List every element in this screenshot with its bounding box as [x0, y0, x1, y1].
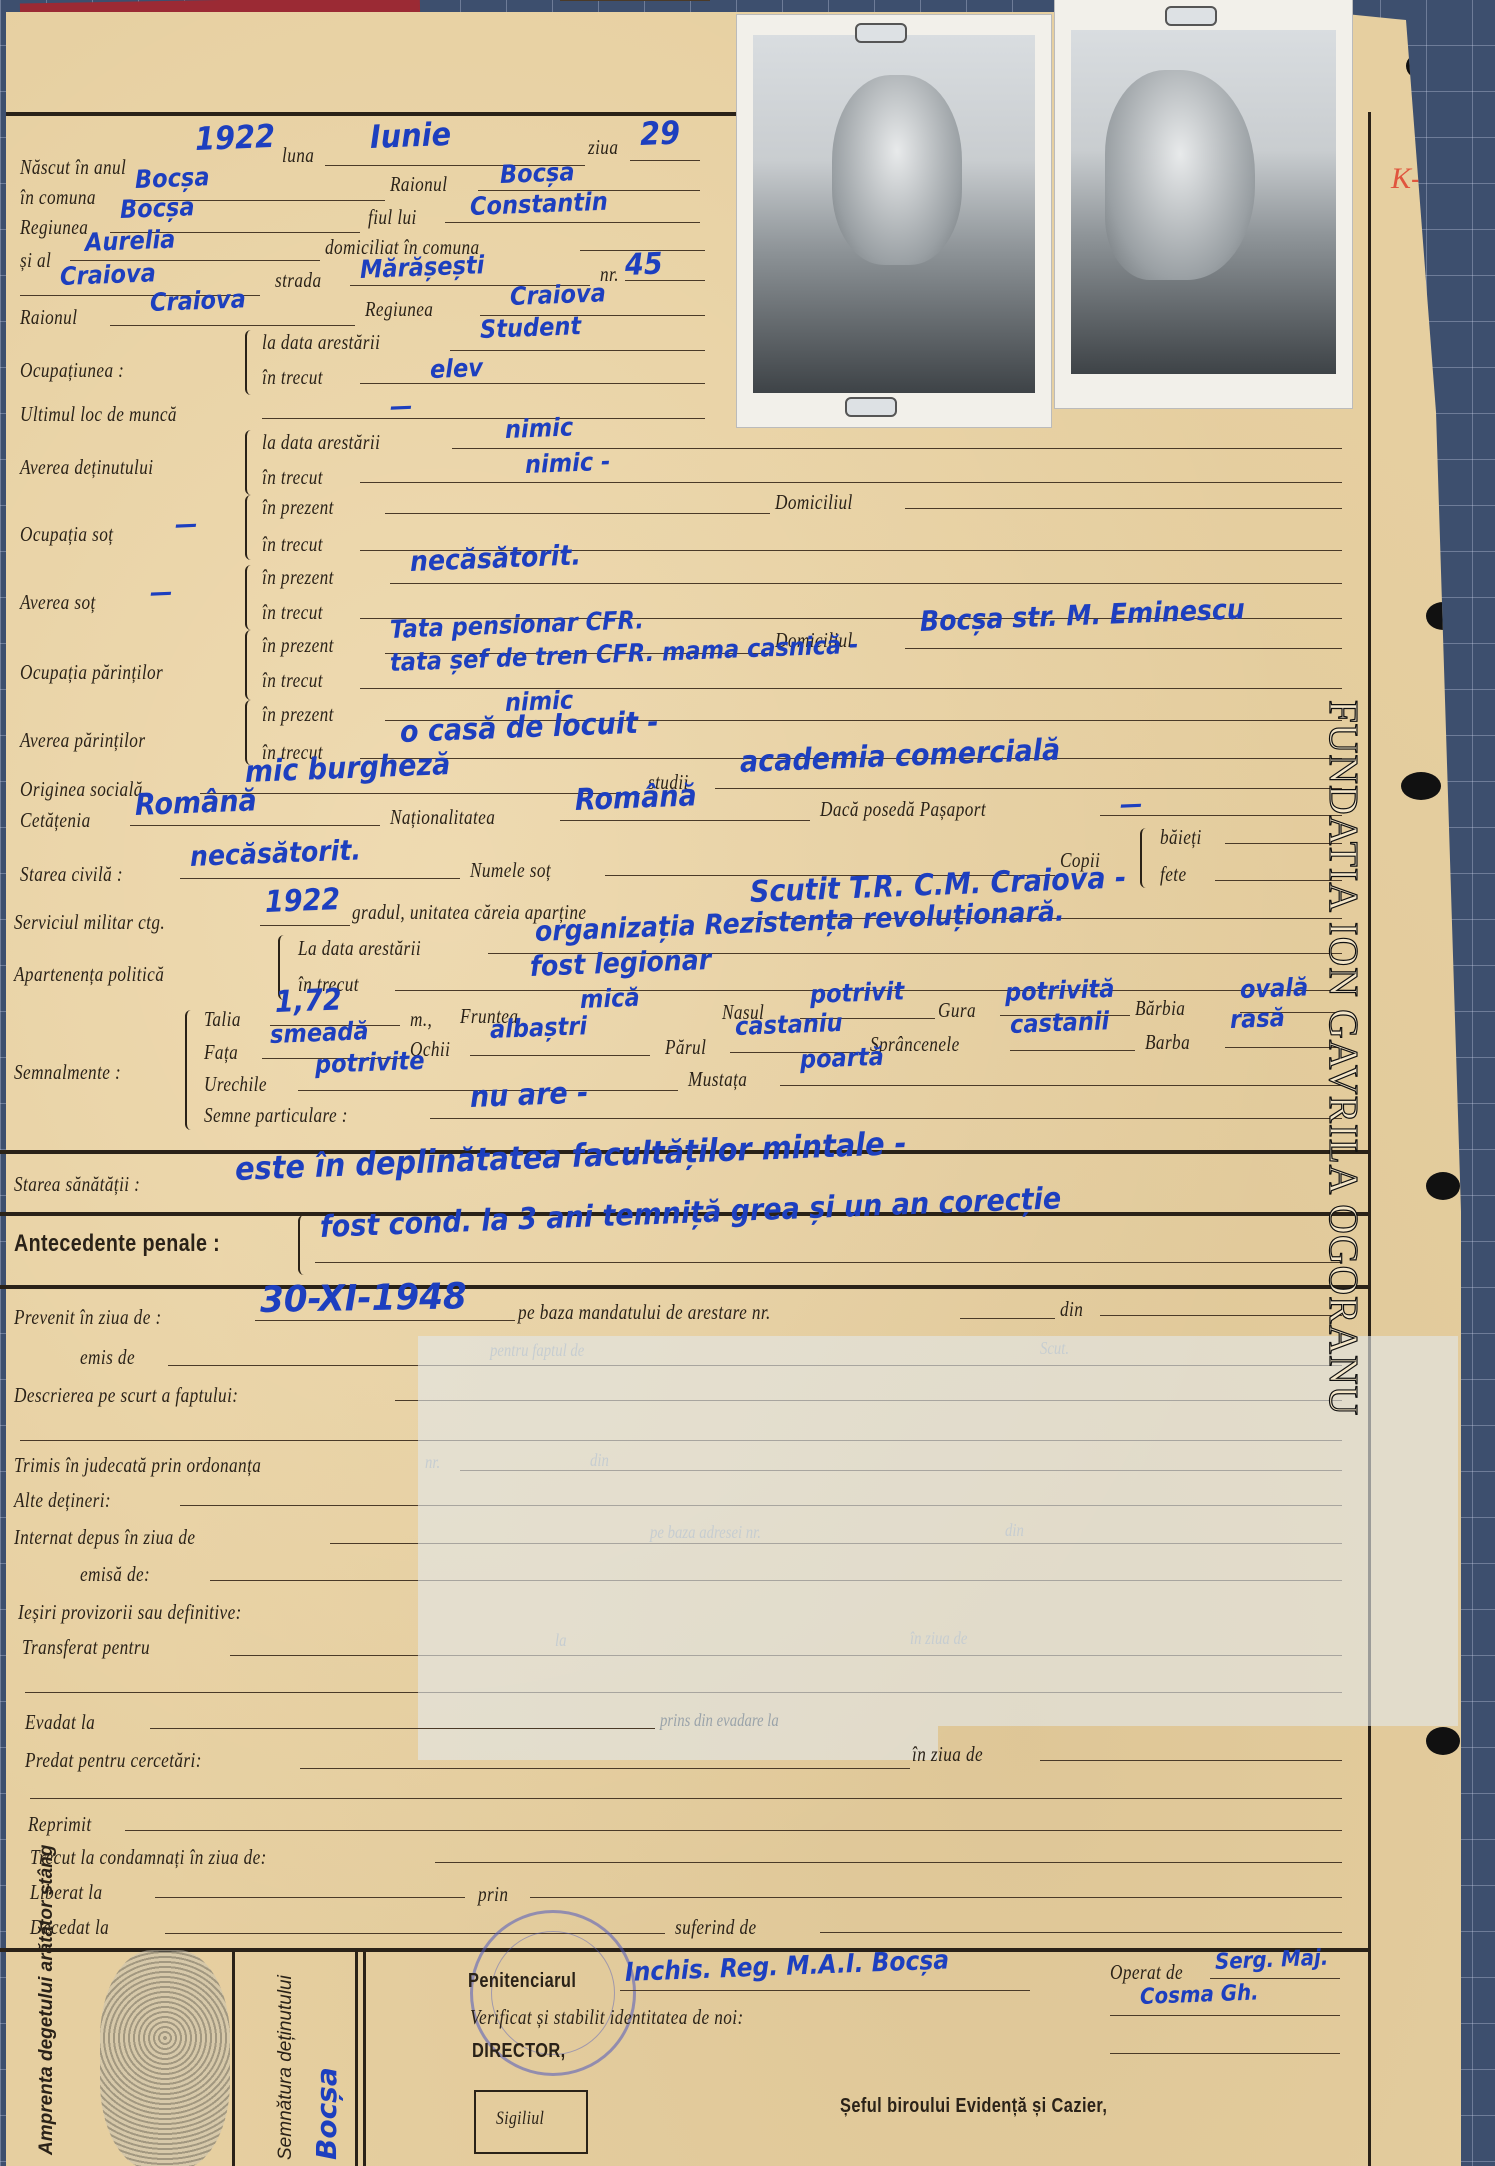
eyebrows: castanii [1010, 1006, 1110, 1039]
mouth-label: Gura [938, 998, 976, 1023]
nationality-label: Naționalitatea [390, 805, 495, 830]
street-number: 45 [624, 247, 663, 283]
signature-label: Semnătura deținutului [275, 1980, 297, 2160]
emitted-by-label: emisă de: [80, 1562, 150, 1587]
marks-label: Semne particulare : [204, 1103, 348, 1128]
passport-label: Dacă posedă Pașaport [820, 797, 986, 822]
mouth: potrivită [1005, 974, 1115, 1007]
health-label: Starea sănătății : [14, 1172, 140, 1197]
interned-label: Internat depus în ziua de [14, 1525, 195, 1550]
punch-hole [1426, 1727, 1460, 1755]
parents-occ-present-label: în prezent [262, 633, 334, 658]
occupation-at-arrest: Student [480, 311, 582, 344]
spouse-occ-present-label: în prezent [262, 495, 334, 520]
foundation-watermark: FUNDATIA ION GAVRILA OGORANU [1320, 700, 1368, 1416]
redaction-overlay [418, 1726, 938, 1760]
fingerprint [100, 1950, 230, 2166]
birth-year: 1922 [194, 117, 275, 158]
released-by-label: prin [478, 1882, 508, 1907]
front-photo [737, 15, 1051, 427]
father-label: fiul lui [368, 205, 417, 230]
ears: potrivite [315, 1046, 425, 1079]
particular-marks: nu are - [469, 1075, 588, 1115]
seal-label: Sigiliul [496, 2108, 544, 2130]
short-description-label: Descrierea pe scurt a faptului: [14, 1383, 238, 1408]
occupation-label: Ocupațiunea : [20, 358, 124, 383]
arrest-date: 30-XI-1948 [260, 1276, 467, 1321]
beard: rasă [1230, 1003, 1286, 1034]
records-chief-label: Șeful biroului Evidență și Cazier, [840, 2095, 1107, 2118]
handed-day-label: în ziua de [912, 1742, 983, 1767]
sent-to-trial-label: Trimis în judecată prin ordonanța [14, 1453, 261, 1478]
district-label: Raionul [390, 172, 447, 197]
assets-at-arrest: nimic [505, 412, 574, 444]
mustache-label: Mustața [688, 1067, 747, 1092]
operated-by-name: Cosma Gh. [1140, 1980, 1259, 2010]
nose: potrivit [810, 976, 905, 1009]
other-detentions-label: Alte dețineri: [14, 1488, 111, 1513]
civil-status-label: Starea civilă : [20, 862, 123, 887]
escaped-label: Evadat la [25, 1710, 95, 1735]
political-past: fost legionar [529, 943, 711, 983]
mustache: poartă [800, 1042, 885, 1074]
region: Bocșa [120, 192, 195, 224]
photo-clip [845, 397, 897, 417]
height-label: Talia [204, 1007, 241, 1032]
spouse-assets-past-label: în trecut [262, 600, 323, 625]
transferred-label: Transferat pentru [22, 1635, 150, 1660]
political-at-arrest-label: La data arestării [298, 936, 421, 961]
mother-label: și al [20, 248, 51, 273]
spouse-name-label: Numele soț [470, 858, 551, 883]
eyes: albaștri [490, 1011, 588, 1044]
verified-label: Verificat și stabilit identitatea de noi… [470, 2005, 744, 2030]
parents-assets-label: Averea părinților [20, 728, 145, 753]
height: 1,72 [274, 982, 342, 1020]
exits-label: Ieșiri provizorii sau definitive: [18, 1600, 242, 1625]
fingerprint-label: Amprenta degetului arătător stâng [36, 1955, 58, 2155]
warrant-label: pe baza mandatului de arestare nr. [518, 1300, 771, 1325]
nationality: Română [574, 778, 697, 818]
region-label: Regiunea [20, 215, 88, 240]
district: Bocșa [500, 157, 575, 189]
forehead: mică [580, 983, 641, 1014]
top-rule [6, 112, 746, 116]
social-origin-label: Originea socială [20, 777, 143, 802]
girls-label: fete [1160, 862, 1186, 887]
seal-box: Sigiliul [474, 2090, 588, 2154]
last-workplace: — [390, 391, 413, 421]
profile-photo [1055, 0, 1352, 408]
region2-label: Regiunea [365, 297, 433, 322]
parents-assets-present-label: în prezent [262, 702, 334, 727]
birth-day: 29 [639, 113, 680, 153]
photo-clip [855, 23, 907, 43]
spouse-occupation-label: Ocupația soț [20, 522, 113, 547]
parents-occ-past-label: în trecut [262, 668, 323, 693]
assets-past-label: în trecut [262, 465, 323, 490]
section-rule [0, 1948, 1368, 1952]
district2-label: Raionul [20, 305, 77, 330]
boys-label: băieți [1160, 825, 1202, 850]
face-label: Fața [204, 1040, 238, 1065]
father-name: Constantin [470, 187, 609, 221]
penitentiary-label: Penitenciarul [468, 1970, 576, 1993]
district2: Craiova [150, 284, 247, 317]
arrest-label: Prevenit în ziua de : [14, 1305, 162, 1330]
folder-mark: K-18 [1391, 162, 1451, 196]
region2: Craiova [510, 278, 607, 311]
commune-label: în comuna [20, 185, 96, 210]
mother-name: Aurelia [85, 225, 176, 257]
assets-at-arrest-label: la data arestării [262, 430, 380, 455]
redaction-overlay [418, 1336, 1458, 1726]
spouse-occ-past-label: în trecut [262, 532, 323, 557]
face: smeadă [270, 1016, 369, 1049]
military-class: 1922 [264, 882, 340, 920]
operated-by-label: Operat de [1110, 1960, 1183, 1985]
civil-status: necăsătorit. [189, 833, 361, 873]
section-rule [0, 1285, 1368, 1289]
issued-by-label: emis de [80, 1345, 135, 1370]
passport: — [1120, 789, 1143, 819]
chin: ovală [1240, 972, 1309, 1004]
spouse-domicile-label: Domiciliul [775, 490, 853, 515]
punch-hole [1426, 1172, 1460, 1200]
spouse-assets-label: Averea soț [20, 590, 96, 615]
suffering-label: suferind de [675, 1915, 757, 1940]
parents-occupation-label: Ocupația părinților [20, 660, 163, 685]
photo-clip [1165, 6, 1217, 26]
convicted-label: Trecut la condamnați în ziua de: [30, 1845, 267, 1870]
criminal-record-label: Antecedente penale : [14, 1230, 220, 1258]
birth-month-label: luna [282, 143, 314, 168]
commune: Bocșa [135, 162, 210, 194]
punch-hole [1406, 52, 1440, 80]
political-label: Apartenența politică [14, 962, 164, 987]
street-label: strada [275, 268, 321, 293]
street: Mărășești [360, 250, 485, 284]
hair-label: Părul [665, 1035, 706, 1060]
occupation-at-arrest-label: la data arestării [262, 330, 380, 355]
domicile-city: Craiova [60, 258, 157, 291]
ears-label: Urechile [204, 1072, 267, 1097]
height-unit: m., [410, 1007, 432, 1032]
caught-label: prins din evadare la [660, 1710, 779, 1731]
chin-label: Bărbia [1135, 996, 1185, 1021]
description-label: Semnalmente : [14, 1060, 121, 1085]
military-label: Serviciul militar ctg. [14, 910, 165, 935]
occupation-past: elev [430, 353, 484, 384]
spouse-occupation: — [175, 509, 198, 539]
last-workplace-label: Ultimul loc de muncă [20, 402, 177, 427]
punch-hole [1426, 602, 1460, 630]
recaptured-label: Reprimit [28, 1812, 92, 1837]
spouse-assets: — [150, 577, 173, 607]
hair: castaniu [735, 1008, 843, 1041]
birth-year-label: Născut în anul [20, 155, 126, 180]
birth-month: Iunie [369, 115, 451, 156]
punch-hole [1401, 772, 1441, 800]
citizenship-label: Cetățenia [20, 808, 91, 833]
citizenship: Română [134, 783, 257, 823]
detainee-signature: Bocșa [310, 2067, 343, 2160]
warrant-from-label: din [1060, 1297, 1083, 1322]
spouse-assets-present-label: în prezent [262, 565, 334, 590]
assets-past: nimic - [525, 447, 611, 479]
civil-note: necăsătorit. [409, 538, 581, 578]
assets-detainee-label: Averea deținutului [20, 455, 153, 480]
occupation-past-label: în trecut [262, 365, 323, 390]
birth-day-label: ziua [588, 135, 618, 160]
director-label: DIRECTOR, [472, 2040, 566, 2063]
operated-by-rank: Serg. Maj. [1215, 1946, 1329, 1975]
beard-label: Barba [1145, 1030, 1190, 1055]
handed-label: Predat pentru cercetări: [25, 1748, 202, 1773]
